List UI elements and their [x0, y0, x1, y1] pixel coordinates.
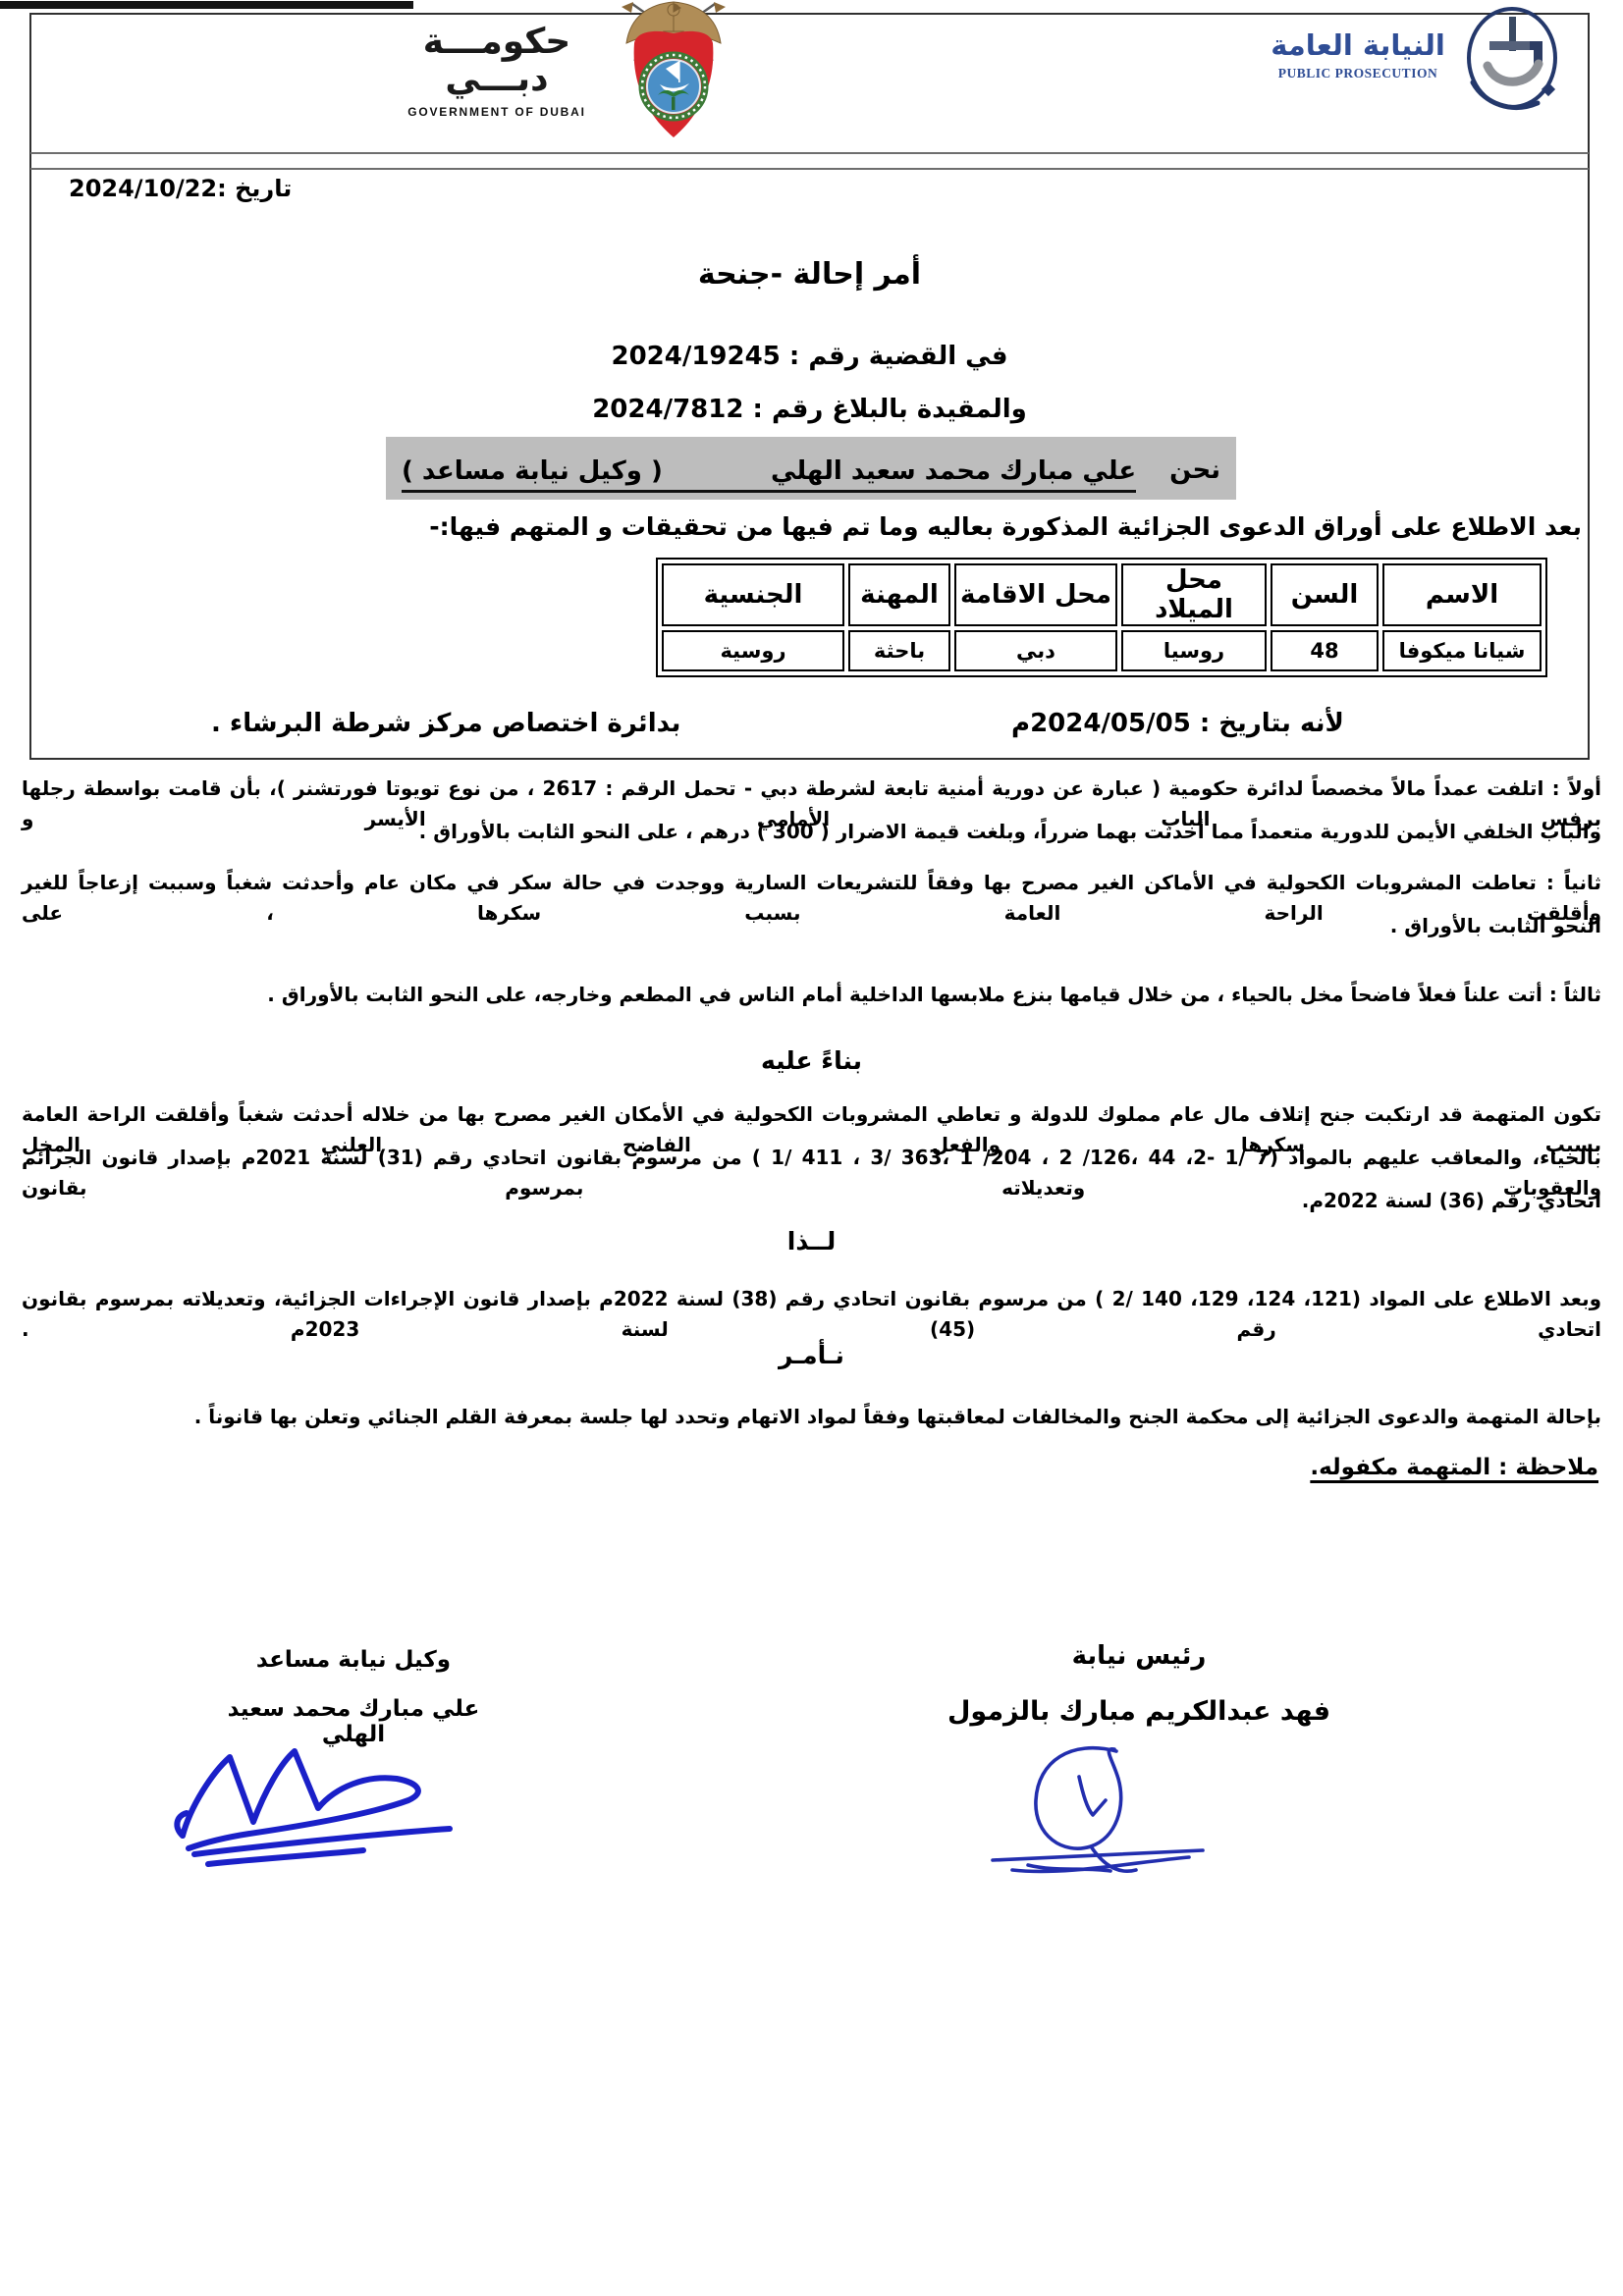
- header-birthplace: محل الميلاد: [1121, 563, 1267, 626]
- jurisdiction-line: بدائرة اختصاص مركز شرطة البرشاء .: [211, 709, 680, 738]
- charge-third-line-1: ثالثاً : أتت علناً فعلاً فاضحاً مخل بالح…: [0, 980, 1623, 1010]
- scan-artifact-bar: [0, 1, 413, 9]
- cell-age: 48: [1271, 630, 1379, 671]
- scanned-referral-order-document: حكومـــة دبـــي GOVERNMENT OF DUBAI: [0, 0, 1623, 2296]
- cell-profession: باحثة: [848, 630, 950, 671]
- document-title: أمر إحالة -جنحة: [29, 257, 1590, 292]
- header-nationality: الجنسية: [662, 563, 844, 626]
- chief-prosecutor-name: فهد عبدالكريم مبارك بالزمول: [913, 1696, 1365, 1727]
- table-row: شيانا ميكوفا 48 روسيا دبي باحثة روسية: [662, 630, 1542, 671]
- charge-second-line-2: النحو الثابت بالأوراق .: [0, 911, 1623, 941]
- cell-nationality: روسية: [662, 630, 844, 671]
- prosecutor-role: ( وكيل نيابة مساعد ): [402, 456, 663, 486]
- therefore-heading: لــذا: [0, 1227, 1623, 1255]
- assistant-prosecutor-signature: [155, 1735, 528, 1879]
- report-number-line: والمقيدة بالبلاغ رقم : 2024/7812: [29, 395, 1590, 424]
- header-age: السن: [1271, 563, 1379, 626]
- gov-dubai-english-label: GOVERNMENT OF DUBAI: [391, 105, 603, 119]
- chief-prosecutor-signature: [977, 1739, 1222, 1889]
- table-header-row: الاسم السن محل الميلاد محل الاقامة المهن…: [662, 563, 1542, 626]
- public-prosecution-logo-icon: [1461, 4, 1565, 122]
- header-profession: المهنة: [848, 563, 950, 626]
- prosecutor-highlight-band: نحن علي مبارك محمد سعيد الهلي ( وكيل نيا…: [386, 437, 1236, 500]
- header-separator-lines: [30, 152, 1589, 170]
- accordingly-heading: بناءً عليه: [0, 1046, 1623, 1075]
- cell-residence: دبي: [954, 630, 1117, 671]
- incident-date-line: لأنه بتاريخ : 2024/05/05م: [1011, 709, 1344, 738]
- chief-prosecutor-title: رئيس نيابة: [992, 1641, 1286, 1671]
- cell-name: شيانا ميكوفا: [1382, 630, 1542, 671]
- prosecution-arabic-label: النيابة العامة: [1267, 31, 1449, 60]
- public-prosecution-wordmark: النيابة العامة PUBLIC PROSECUTION: [1267, 31, 1449, 81]
- cell-birthplace: روسيا: [1121, 630, 1267, 671]
- document-date: تاريخ :2024/10/22: [69, 175, 292, 202]
- therefore-line: وبعد الاطلاع على المواد (121، 124، 129، …: [0, 1284, 1623, 1345]
- order-line: بإحالة المتهمة والدعوى الجزائية إلى محكم…: [0, 1402, 1623, 1432]
- gov-dubai-arabic-label: حكومـــة دبـــي: [391, 24, 603, 98]
- assistant-prosecutor-title: وكيل نيابة مساعد: [236, 1647, 471, 1673]
- charge-first-line-2: والباب الخلفي الأيمن للدورية متعمداً مما…: [0, 817, 1623, 847]
- prosecution-english-label: PUBLIC PROSECUTION: [1267, 66, 1449, 81]
- case-number-line: في القضية رقم : 2024/19245: [29, 342, 1590, 371]
- case-review-line: بعد الاطلاع على أوراق الدعوى الجزائية ال…: [429, 512, 1582, 541]
- bail-note-line: ملاحظة : المتهمة مكفوله.: [1310, 1455, 1598, 1480]
- prosecutor-underlined-group: علي مبارك محمد سعيد الهلي ( وكيل نيابة م…: [402, 448, 1136, 493]
- order-heading: نـأمـر: [0, 1341, 1623, 1369]
- dubai-crest-icon: [617, 0, 730, 143]
- header-residence: محل الاقامة: [954, 563, 1117, 626]
- government-of-dubai-logo: حكومـــة دبـــي GOVERNMENT OF DUBAI: [391, 24, 603, 119]
- defendant-table: الاسم السن محل الميلاد محل الاقامة المهن…: [656, 558, 1547, 677]
- header-name: الاسم: [1382, 563, 1542, 626]
- prosecutor-name: علي مبارك محمد سعيد الهلي: [771, 456, 1136, 486]
- accordingly-line-3: اتحادي رقم (36) لسنة 2022م.: [0, 1186, 1623, 1216]
- we-word: نحن: [1169, 455, 1220, 485]
